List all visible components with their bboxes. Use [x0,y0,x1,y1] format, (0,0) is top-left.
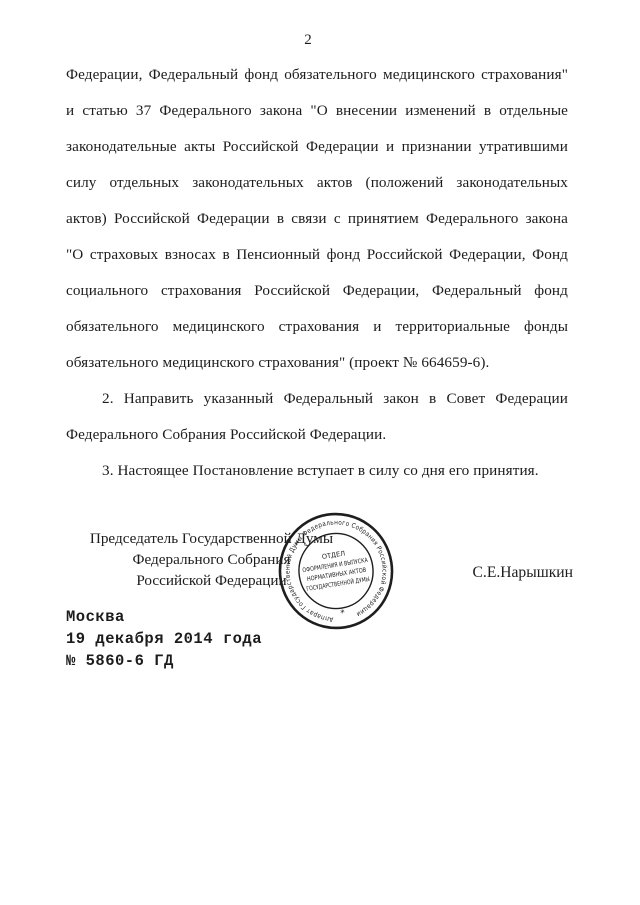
seal-graphic: Аппарат Государственной Думы Федеральног… [274,508,398,634]
issuance-city: Москва [66,606,262,628]
paragraph-1: Федерации, Федеральный фонд обязательног… [66,57,568,381]
document-page: 2 Федерации, Федеральный фонд обязательн… [0,0,640,905]
body-line: законодательные акты Российской Федераци… [66,129,568,165]
issuance-block: Москва 19 декабря 2014 года № 5860-6 ГД [66,606,262,672]
body-line: социального страхования Российской Федер… [66,273,568,309]
issuance-date: 19 декабря 2014 года [66,628,262,650]
seal-star: * [340,609,347,620]
body-line: актов) Российской Федерации в связи с пр… [66,201,568,237]
body-line: 2. Направить указанный Федеральный закон… [66,381,568,417]
official-seal-stamp: Аппарат Государственной Думы Федеральног… [274,508,398,634]
seal-ring-text: Аппарат Государственной Думы Федеральног… [276,511,396,630]
body-line: обязательного медицинского страхования и… [66,309,568,345]
paragraph-3: 3. Настоящее Постановление вступает в си… [66,453,568,489]
body-line: обязательного медицинского страхования" … [66,345,568,381]
seal-center-line: ОТДЕЛ [321,549,345,561]
document-body: Федерации, Федеральный фонд обязательног… [66,57,568,489]
body-line: 3. Настоящее Постановление вступает в си… [66,453,568,489]
body-line: Федерального Собрания Российской Федерац… [66,417,568,453]
body-line: силу отдельных законодательных актов (по… [66,165,568,201]
page-number: 2 [0,32,616,49]
body-line: Федерации, Федеральный фонд обязательног… [66,57,568,93]
body-line: "О страховых взносах в Пенсионный фонд Р… [66,237,568,273]
document-number: № 5860-6 ГД [66,650,262,672]
paragraph-2: 2. Направить указанный Федеральный закон… [66,381,568,453]
signatory-name: С.Е.Нарышкин [473,564,573,582]
body-line: и статью 37 Федерального закона "О внесе… [66,93,568,129]
